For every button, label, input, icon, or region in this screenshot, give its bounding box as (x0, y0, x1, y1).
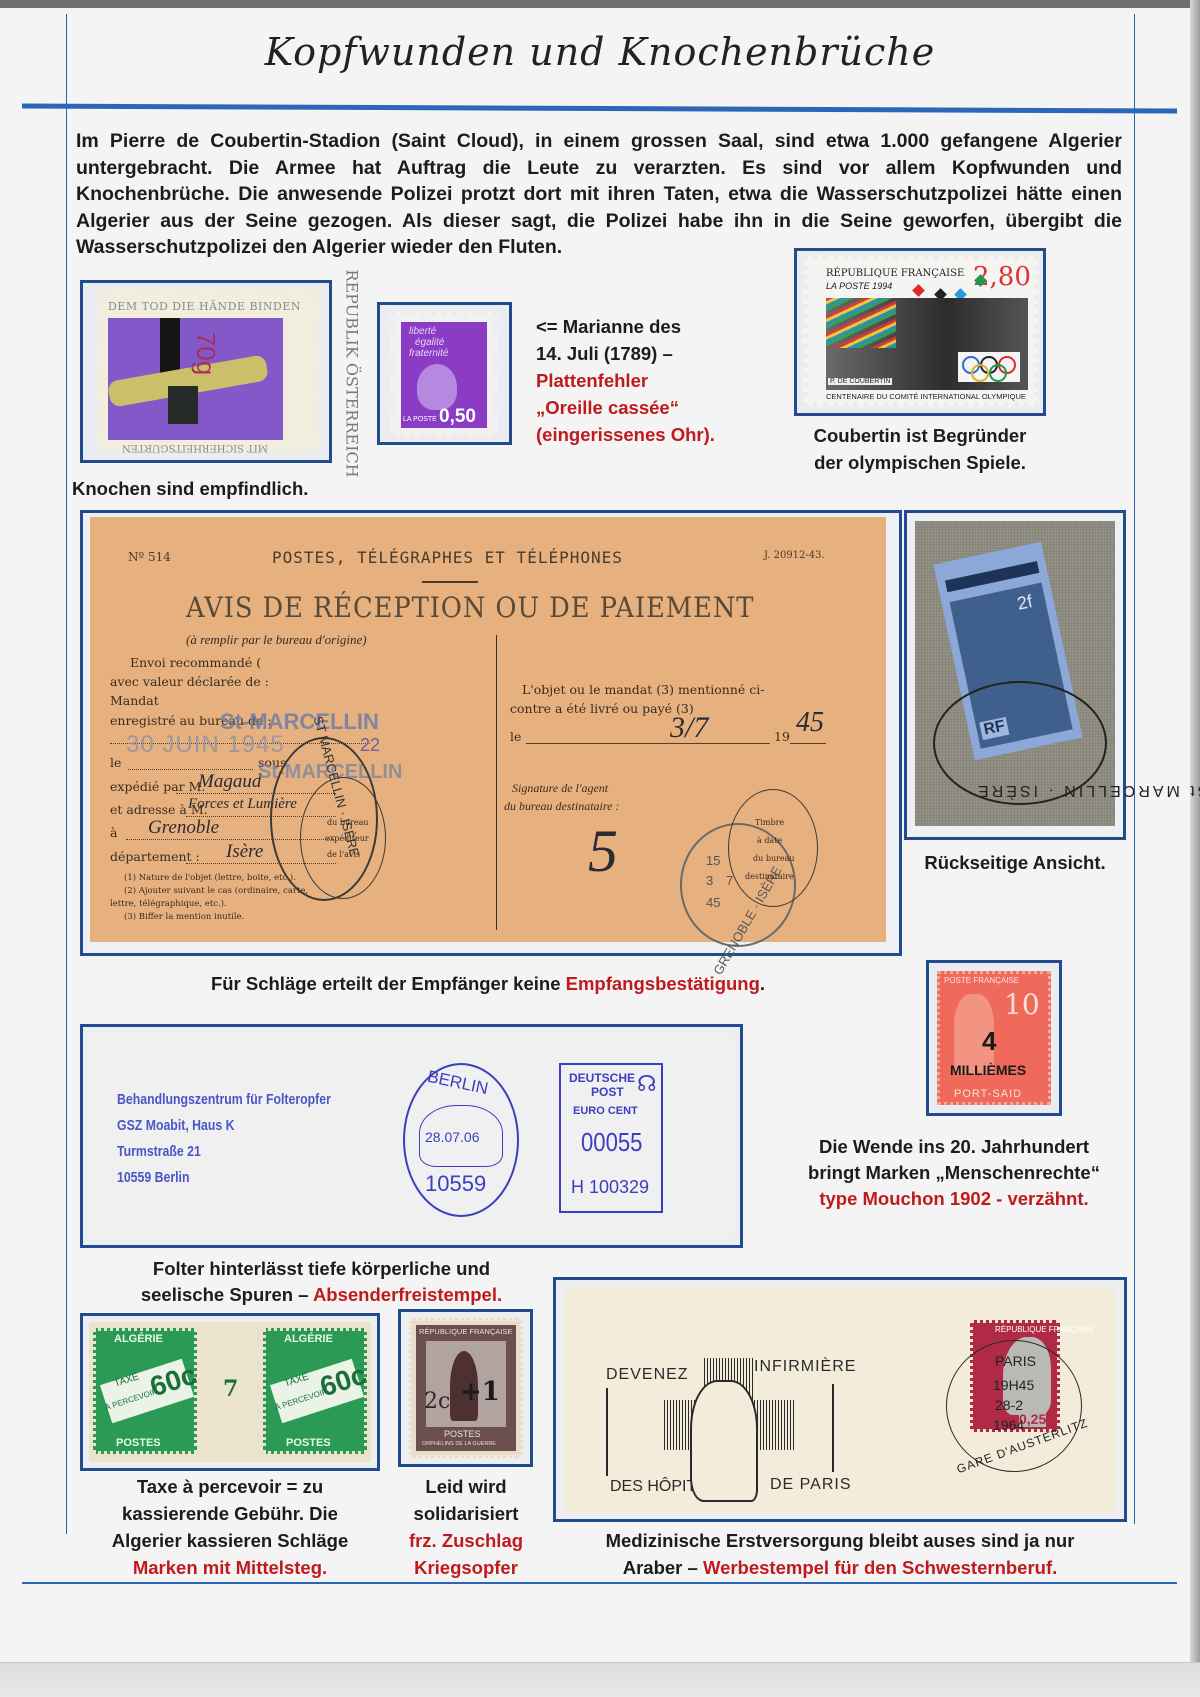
right-text: L'objet ou le mandat (3) mentionné ci- (522, 682, 764, 697)
flame-text: DEVENEZ (606, 1366, 689, 1384)
handwritten-city: Grenoble (148, 817, 219, 839)
meter-cut-frame: Behandlungszentrum für Folteropfer GSZ M… (80, 1024, 743, 1248)
overprint-text: MILLIÈMES (950, 1062, 1026, 1078)
stamp-country: RÉPUBLIQUE FRANÇAISE (419, 1327, 512, 1336)
page-title: Kopfwunden und Knochenbrüche (0, 30, 1200, 74)
footnote: (3) Biffer la mention inutile. (124, 912, 244, 922)
right-text: contre a été livré ou payé (3) (510, 701, 694, 716)
caption-red: Werbestempel für den Schwesternberuf. (703, 1557, 1057, 1578)
caption-text: Für Schläge erteilt der Empfänger keine (211, 973, 566, 994)
caption-red: Absenderfreistempel. (313, 1284, 502, 1305)
caption-line: Leid wird (396, 1473, 536, 1500)
postmark-city: BERLIN (426, 1067, 490, 1099)
stamp-country: ALGÉRIE (284, 1333, 333, 1345)
card-ref: J. 20912-43. (764, 550, 825, 561)
signature-label: du bureau destinataire : (504, 799, 619, 814)
delivery-year-prefix: 19 (774, 729, 790, 744)
handwritten-delivery-year: 45 (796, 707, 824, 739)
postmark-date: 28.07.06 (425, 1129, 480, 1145)
stamp-country: RÉPUBLIQUE FRANÇAISE (826, 268, 964, 279)
nurse-cut: DEVENEZ INFIRMIÈRE DES HÔPITAUX DE PARIS… (564, 1288, 1116, 1512)
stamp-value: 10 (1004, 988, 1040, 1021)
stamp-top: POSTE FRANÇAISE (944, 976, 1019, 985)
stamp-value: 70g (190, 332, 221, 375)
circle-label: du bureau (327, 818, 369, 827)
card-number: Nº 514 (128, 550, 171, 564)
scan-edge-top (0, 0, 1200, 8)
stamp-country: RÉPUBLIQUE FRANÇAISE (995, 1325, 1095, 1334)
back-view-image: 2f RF St MARCELLIN · ISÈRE (915, 521, 1115, 826)
algerie-pair-frame: ALGÉRIE TAXE À PERCEVOIR 60c POSTES 7 AL… (80, 1313, 380, 1471)
stamp-image: 70g (108, 318, 283, 440)
destination-date-circle: Timbre à date du bureau destinataire (728, 789, 818, 907)
postmark-city: PARIS (995, 1353, 1036, 1369)
card-title: AVIS DE RÉCEPTION OU DE PAIEMENT (186, 591, 754, 624)
stamp-country: REPUBLIK ÖSTERREICH (343, 269, 362, 477)
flame-bar-left (606, 1388, 608, 1476)
footnote: (1) Nature de l'objet (lettre, boite, et… (124, 873, 296, 883)
postmark-date: 3 (706, 873, 713, 888)
address-line: Turmstraße 21 (117, 1143, 201, 1160)
stamp-issuer: LA POSTE 1994 (826, 281, 892, 291)
flame-bar-right (832, 1384, 834, 1472)
footnote: lettre, télégraphique, etc.). (110, 899, 227, 909)
meter-caption: Folter hinterlässt tiefe körperliche und… (80, 1256, 563, 1308)
orphelins-caption: Leid wird solidarisiert frz. Zuschlag Kr… (396, 1473, 536, 1581)
receipt-caption: Für Schläge erteilt der Empfänger keine … (90, 971, 886, 997)
card-subtitle: (à remplir par le bureau d'origine) (186, 632, 367, 648)
motto-1: liberté (409, 326, 436, 337)
footer-rule (22, 1582, 1177, 1584)
austria-stamp: DEM TOD DIE HÄNDE BINDEN 70g REPUBLIK ÖS… (97, 289, 319, 453)
back-postmark: St MARCELLIN · ISÈRE (933, 681, 1107, 805)
austria-caption: Knochen sind empfindlich. (72, 476, 308, 502)
caption-line: Medizinische Erstversorgung bleibt auses… (553, 1527, 1127, 1554)
registration-number: 22 (360, 735, 380, 756)
address-line: Behandlungszentrum für Folteropfer (117, 1091, 331, 1108)
algerie-pair: ALGÉRIE TAXE À PERCEVOIR 60c POSTES 7 AL… (89, 1322, 371, 1462)
nurse-caption: Medizinische Erstversorgung bleibt auses… (553, 1527, 1127, 1581)
left-margin-line (66, 14, 67, 1534)
postmark-date: 45 (706, 895, 720, 910)
field-label: à (110, 825, 117, 840)
circle-label: expéditeur (325, 834, 369, 843)
meter-currency: EURO CENT (573, 1105, 638, 1117)
address-line: 10559 Berlin (117, 1169, 189, 1186)
caption-line: Taxe à percevoir = zu (76, 1473, 384, 1500)
right-margin-line (1134, 14, 1135, 1524)
field-label: Mandat (110, 693, 159, 708)
portrait-image: P. DE COUBERTIN (826, 298, 1028, 390)
circle-label: de l'avis (327, 850, 360, 859)
nurse-portrait (690, 1380, 758, 1502)
caption-red-line: frz. Zuschlag (396, 1527, 536, 1554)
stamp-bottom: POSTES (286, 1437, 331, 1449)
scan-edge-bottom (0, 1662, 1200, 1697)
gutter-number: 7 (223, 1376, 238, 1402)
algerie-caption: Taxe à percevoir = zu kassierende Gebühr… (76, 1473, 384, 1581)
caption-end: . (760, 973, 765, 994)
caption-red: Marken mit Mittelsteg. (76, 1554, 384, 1581)
caption-text: Araber – (623, 1557, 703, 1578)
coubertin-stamp-frame: RÉPUBLIQUE FRANÇAISE LA POSTE 1994 2,80 … (794, 248, 1046, 416)
stamp-bottom-text: MIT SICHERHEITSGÜRTEN (122, 442, 268, 453)
stamp-bottom-2: ORPHELINS DE LA GUERRE (422, 1441, 496, 1447)
handwritten-sender: Magaud (198, 771, 261, 793)
caption-red-line: Kriegsopfer (396, 1554, 536, 1581)
handwritten-signature: 5 (588, 817, 618, 886)
square-red (912, 284, 925, 297)
stamp-top-text: DEM TOD DIE HÄNDE BINDEN (108, 300, 301, 313)
stamp-bottom: PORT-SAID (954, 1088, 1022, 1100)
port-said-stamp: POSTE FRANÇAISE 10 4 MILLIÈMES PORT-SAID (937, 971, 1051, 1105)
card-divider (496, 635, 497, 930)
postmark-time: 19H45 (993, 1377, 1034, 1393)
coubertin-stamp: RÉPUBLIQUE FRANÇAISE LA POSTE 1994 2,80 … (803, 255, 1039, 407)
field-label: le (110, 755, 121, 770)
meter-id: H 100329 (571, 1177, 649, 1198)
algerie-stamp-right: ALGÉRIE TAXE À PERCEVOIR 60c POSTES (263, 1328, 367, 1454)
field-label: expédié par M. (110, 779, 205, 794)
address-line: GSZ Moabit, Haus K (117, 1117, 235, 1134)
austria-stamp-frame: DEM TOD DIE HÄNDE BINDEN 70g REPUBLIK ÖS… (80, 280, 332, 463)
caption-red-line: (eingerissenes Ohr). (536, 421, 715, 448)
orphelins-stamp: RÉPUBLIQUE FRANÇAISE 2c +1 POSTES ORPHEL… (409, 1318, 523, 1458)
card-header: POSTES, TÉLÉGRAPHES ET TÉLÉPHONES (272, 548, 623, 567)
caption-line: <= Marianne des (536, 313, 715, 340)
port-said-stamp-frame: POSTE FRANÇAISE 10 4 MILLIÈMES PORT-SAID (926, 960, 1062, 1116)
caption-line: solidarisiert (396, 1500, 536, 1527)
caption-line: Algerier kassieren Schläge (76, 1527, 384, 1554)
stamp-bottom: POSTES (444, 1429, 481, 1439)
circle-label: destinataire (745, 872, 794, 881)
receipt-card: Nº 514 POSTES, TÉLÉGRAPHES ET TÉLÉPHONES… (90, 517, 886, 942)
caption-line: der olympischen Spiele. (780, 449, 1060, 476)
nurse-cut-frame: DEVENEZ INFIRMIÈRE DES HÔPITAUX DE PARIS… (553, 1277, 1127, 1522)
caption-red-line: Plattenfehler (536, 367, 715, 394)
stamp-image: liberté égalité fraternité LA POSTE 0,50 (401, 322, 487, 428)
overprint-value: 4 (982, 1026, 996, 1057)
meter-value: 00055 (581, 1127, 642, 1158)
caption-line: Coubertin ist Begründer (780, 422, 1060, 449)
stamp-value: 0,50 (439, 406, 476, 428)
stamp-bottom: POSTES (116, 1437, 161, 1449)
postmark-date: 15 (706, 853, 720, 868)
postmark-date: 28-2 (995, 1397, 1023, 1413)
caption-red: type Mouchon 1902 - verzähnt. (776, 1186, 1132, 1212)
olympic-rings (958, 352, 1020, 382)
circle-label: à date (757, 836, 782, 845)
delivery-prefix: le (510, 729, 521, 744)
caption-line: 14. Juli (1789) – (536, 340, 715, 367)
port-said-caption: Die Wende ins 20. Jahrhundert bringt Mar… (776, 1134, 1132, 1212)
delivery-year-line (790, 743, 826, 745)
meter-indicia: DEUTSCHE POST ☊ EURO CENT 00055 H 100329 (559, 1063, 663, 1213)
field-label: Envoi recommandé ( (130, 655, 261, 670)
caption-red: Empfangsbestätigung (566, 973, 760, 994)
handwritten-delivery-date: 3/7 (670, 711, 708, 745)
posthorn-icon: ☊ (637, 1071, 657, 1097)
caption-line: Folter hinterlässt tiefe körperliche und (80, 1256, 563, 1282)
caption-line: bringt Marken „Menschenrechte“ (776, 1160, 1132, 1186)
circle-label: Timbre (755, 818, 784, 827)
intro-paragraph: Im Pierre de Coubertin-Stadion (Saint Cl… (76, 128, 1122, 261)
marianne-stamp-frame: liberté égalité fraternité LA POSTE 0,50 (377, 302, 512, 445)
marianne-caption: <= Marianne des 14. Juli (1789) – Platte… (536, 313, 715, 448)
stamp-value: 2f (1015, 591, 1034, 615)
caption-text: seelische Spuren – (141, 1284, 313, 1305)
stamp-bottom-text: CENTENAIRE DU COMITÉ INTERNATIONAL OLYMP… (826, 392, 1026, 401)
meter-postmark: BERLIN 28.07.06 10559 (403, 1063, 519, 1217)
date-cachet: 30 JUIN 1945 (126, 731, 285, 759)
header-rule (22, 103, 1177, 113)
stamp-image: RÉPUBLIQUE FRANÇAISE 2c +1 POSTES ORPHEL… (416, 1325, 516, 1451)
marianne-head (417, 364, 457, 410)
belt-buckle (168, 386, 198, 424)
footnote: (2) Ajouter suivant le cas (ordinaire, c… (124, 886, 308, 896)
orphelins-stamp-frame: RÉPUBLIQUE FRANÇAISE 2c +1 POSTES ORPHEL… (398, 1309, 533, 1467)
name-label: P. DE COUBERTIN (828, 378, 892, 385)
postmark-ring-text: St MARCELLIN · ISÈRE (975, 781, 1200, 799)
stamp-value: 2c (424, 1389, 450, 1414)
field-label: avec valeur déclarée de : (110, 674, 269, 689)
postmark-zip: 10559 (425, 1171, 486, 1197)
meter-brand: DEUTSCHE (569, 1071, 635, 1085)
flame-text: INFIRMIÈRE (754, 1358, 856, 1376)
marianne-stamp: liberté égalité fraternité LA POSTE 0,50 (390, 311, 498, 437)
flame-text: DE PARIS (770, 1476, 852, 1494)
handwritten-department: Isère (226, 841, 263, 863)
header-underline (422, 581, 478, 583)
signature-label: Signature de l'agent (512, 781, 608, 796)
caption-line: Die Wende ins 20. Jahrhundert (776, 1134, 1132, 1160)
back-view-caption: Rückseitige Ansicht. (904, 850, 1126, 876)
meter-brand: POST (591, 1085, 624, 1099)
surcharge: +1 (460, 1377, 500, 1407)
algerie-stamp-left: ALGÉRIE TAXE À PERCEVOIR 60c POSTES (93, 1328, 197, 1454)
color-stripes (826, 298, 896, 348)
back-view-frame: 2f RF St MARCELLIN · ISÈRE (904, 510, 1126, 840)
field-label: département : (110, 849, 200, 864)
motto-3: fraternité (409, 348, 448, 359)
motto-2: égalité (415, 337, 444, 348)
meter-cut: Behandlungszentrum für Folteropfer GSZ M… (89, 1033, 733, 1239)
stamp-country: ALGÉRIE (114, 1333, 163, 1345)
issuer: LA POSTE (403, 416, 437, 423)
postmark-year: 1964 (993, 1417, 1024, 1433)
delivery-line (526, 743, 770, 745)
caption-red-line: „Oreille cassée“ (536, 394, 715, 421)
circle-label: du bureau (753, 854, 795, 863)
scan-edge-right (1190, 0, 1200, 1697)
origin-date-circle: du bureau expéditeur de l'avis (300, 777, 386, 899)
caption-line: kassierende Gebühr. Die (76, 1500, 384, 1527)
paris-postmark: PARIS 19H45 28-2 1964 GARE D'AUSTERLITZ (946, 1340, 1082, 1472)
coubertin-caption: Coubertin ist Begründer der olympischen … (780, 422, 1060, 476)
